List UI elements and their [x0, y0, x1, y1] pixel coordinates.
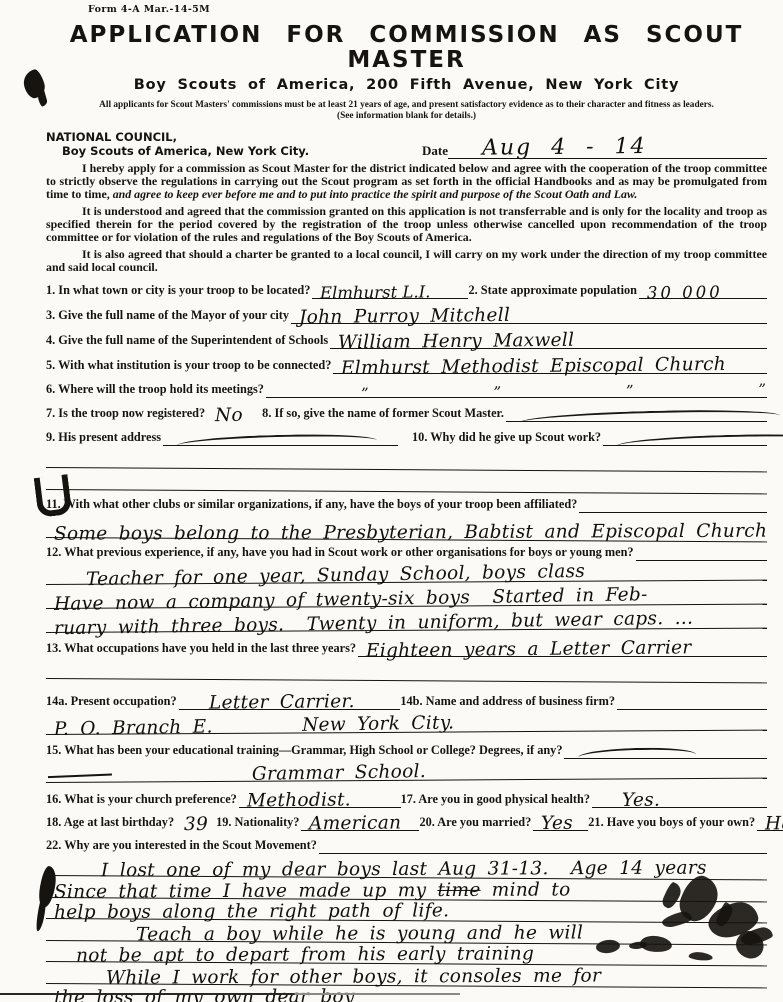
- question-9-blank: [163, 435, 398, 446]
- form-number: Form 4-A Mar.-14-5M: [88, 4, 767, 16]
- date-label: Date: [422, 143, 448, 159]
- question-21-label: 21. Have you boys of your own?: [588, 815, 757, 831]
- question-4-blank: William Henry Maxwell: [330, 333, 767, 350]
- question-7-answer: No: [207, 407, 243, 426]
- question-21-answer: Had two.: [757, 814, 783, 834]
- question-3-label: 3. Give the full name of the Mayor of yo…: [46, 308, 291, 324]
- question-16-answer: Methodist.: [239, 791, 351, 811]
- question-18-label: 18. Age at last birthday?: [46, 815, 176, 831]
- ink-smudge-cluster: [596, 874, 772, 970]
- form-title: APPLICATION FOR COMMISSION AS SCOUT MAST…: [46, 23, 767, 74]
- question-8-blank: [506, 411, 767, 422]
- eligibility-notice: All applicants for Scout Masters' commis…: [46, 100, 767, 123]
- question-11-label: 11. With what other clubs or similar org…: [46, 497, 579, 513]
- question-row-3: 3. Give the full name of the Mayor of yo…: [46, 299, 767, 324]
- council-name: NATIONAL COUNCIL,: [46, 130, 309, 144]
- question-17-answer: Yes.: [592, 792, 660, 811]
- question-16-blank: Methodist.: [239, 792, 401, 809]
- agreement-paragraph-2: It is understood and agreed that the com…: [46, 205, 767, 245]
- question-5-answer: Elmhurst Methodist Episcopal Church: [333, 356, 726, 379]
- question-row-16-17: 16. What is your church preference? Meth…: [46, 783, 767, 808]
- question-11-answer: Some boys belong to the Presbyterian, Ba…: [46, 523, 767, 545]
- question-1-answer: Elmhurst L.I.: [312, 284, 431, 302]
- question-20-blank: Yes: [533, 815, 588, 832]
- question-2-blank: 30 000: [639, 285, 767, 300]
- question-13-label: 13. What occupations have you held in th…: [46, 641, 358, 657]
- question-14a-label: 14a. Present occupation?: [46, 694, 179, 710]
- answer-2-post: mind to: [481, 879, 571, 900]
- question-21-blank: Had two.: [757, 815, 783, 832]
- question-15-answer-line: Grammar School.: [46, 755, 767, 783]
- question-22-answer-7: the loss of my own dear boy: [46, 989, 355, 1002]
- notice-line-2: (See information blank for details.): [46, 111, 767, 123]
- question-1-blank: Elmhurst L.I.: [312, 285, 468, 300]
- pen-dash: [48, 774, 112, 779]
- question-14-answer-line-2: P. O. Branch E. New York City.: [46, 706, 767, 735]
- date-handwritten-value: Aug 4 - 14: [448, 136, 647, 160]
- question-7-label: 7. Is the troop now registered?: [46, 406, 207, 422]
- question-18-answer: 39: [176, 816, 208, 835]
- question-16-label: 16. What is your church preference?: [46, 792, 239, 808]
- question-17-blank: Yes.: [592, 792, 767, 809]
- question-20-answer: Yes: [533, 815, 573, 834]
- scanned-application-form: Form 4-A Mar.-14-5M APPLICATION FOR COMM…: [0, 0, 783, 1002]
- agreement-paragraph-3: It is also agreed that should a charter …: [46, 248, 767, 275]
- question-row-5: 5. With what institution is your troop t…: [46, 349, 767, 374]
- answer-2-struck-word: time: [437, 880, 480, 901]
- question-4-label: 4. Give the full name of the Superintend…: [46, 333, 330, 349]
- question-3-answer: John Purroy Mitchell: [291, 307, 510, 328]
- ink-blot: [34, 474, 73, 518]
- council-address: NATIONAL COUNCIL, Boy Scouts of America,…: [46, 130, 309, 159]
- question-6-blank: ” ” ” ”: [266, 385, 767, 398]
- question-row-4: 4. Give the full name of the Superintend…: [46, 324, 767, 349]
- question-3-blank: John Purroy Mitchell: [291, 308, 767, 325]
- question-row-11: 11. With what other clubs or similar org…: [46, 490, 767, 513]
- question-22-blank: [319, 853, 767, 854]
- question-22-label: 22. Why are you interested in the Scout …: [46, 838, 319, 854]
- question-19-label: 19. Nationality?: [216, 815, 301, 831]
- question-8-label: 8. If so, give the name of former Scout …: [262, 406, 506, 422]
- notice-line-1: All applicants for Scout Masters' commis…: [46, 100, 767, 112]
- question-5-label: 5. With what institution is your troop t…: [46, 358, 333, 374]
- question-10-label: 10. Why did he give up Scout work?: [398, 430, 603, 446]
- question-17-label: 17. Are you in good physical health?: [401, 792, 592, 808]
- scan-edge-line: [0, 993, 460, 995]
- question-9-label: 9. His present address: [46, 430, 163, 446]
- question-13-blank: Eighteen years a Letter Carrier: [358, 641, 767, 658]
- ink-smudge: [639, 934, 673, 954]
- question-13-answer: Eighteen years a Letter Carrier: [358, 639, 692, 661]
- agreement-paragraphs: I hereby apply for a commission as Scout…: [46, 162, 767, 275]
- question-10-blank: [603, 435, 767, 446]
- ruled-line: [46, 657, 767, 683]
- ink-smudge: [595, 939, 620, 954]
- form-subtitle: Boy Scouts of America, 200 Fifth Avenue,…: [46, 77, 767, 93]
- ink-blot: [21, 68, 48, 100]
- question-20-label: 20. Are you married?: [419, 815, 533, 831]
- question-row-22: 22. Why are you interested in the Scout …: [46, 831, 767, 854]
- question-19-answer: American: [301, 814, 402, 834]
- question-19-blank: American: [301, 815, 419, 832]
- council-date-block: NATIONAL COUNCIL, Boy Scouts of America,…: [46, 127, 767, 159]
- question-11-blank: [579, 512, 767, 513]
- question-6-label: 6. Where will the troop hold its meeting…: [46, 382, 266, 398]
- question-2-answer: 30 000: [639, 284, 723, 301]
- question-row-1-2: 1. In what town or city is your troop to…: [46, 274, 767, 299]
- question-5-blank: Elmhurst Methodist Episcopal Church: [333, 358, 767, 375]
- agreement-paragraph-1: I hereby apply for a commission as Scout…: [46, 162, 767, 202]
- question-18-blank: 39: [176, 816, 216, 832]
- question-2-label: 2. State approximate population: [468, 283, 639, 299]
- date-blank: Aug 4 - 14: [448, 137, 767, 159]
- paragraph-1-italic: and agree to keep ever before me and to …: [113, 187, 638, 201]
- question-1-label: 1. In what town or city is your troop to…: [46, 283, 312, 299]
- date-row: Date Aug 4 - 14: [422, 137, 767, 159]
- question-7-blank: No: [207, 407, 262, 423]
- council-city: Boy Scouts of America, New York City.: [62, 144, 309, 158]
- question-12-answer-line-3: ruary with three boys. Twenty in uniform…: [46, 605, 767, 633]
- question-row-18-21: 18. Age at last birthday? 39 19. Nationa…: [46, 808, 767, 831]
- question-4-answer: William Henry Maxwell: [330, 332, 574, 353]
- question-11-answer-line: Some boys belong to the Presbyterian, Ba…: [46, 513, 767, 542]
